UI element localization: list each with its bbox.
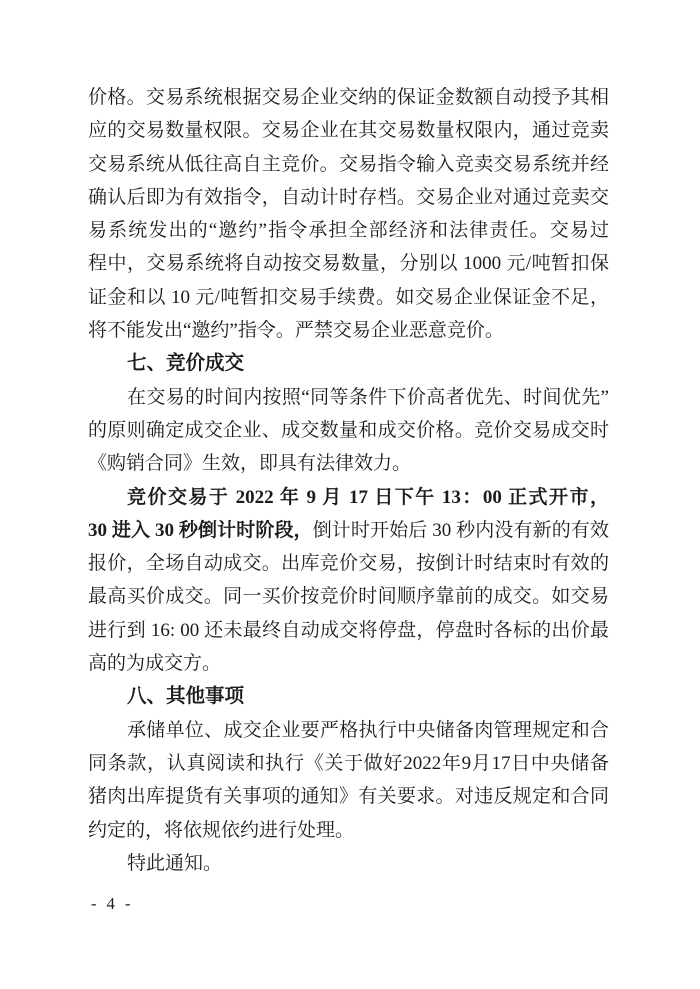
body-line: 交易系统从低往高自主竞价。交易指令输入竞卖交易系统并经	[88, 148, 609, 181]
body-line: 易系统发出的“邀约”指令承担全部经济和法律责任。交易过	[88, 214, 609, 247]
body-line: 的原则确定成交企业、成交数量和成交价格。竞价交易成交时	[88, 414, 609, 447]
body-line: 证金和以 10 元/吨暂扣交易手续费。如交易企业保证金不足，	[88, 281, 609, 314]
body-line-regular-segment: 倒计时开始后 30 秒内没有新的有效	[313, 520, 609, 541]
section-heading-7: 七、竞价成交	[88, 347, 609, 380]
body-line: 最高买价成交。同一买价按竞价时间顺序靠前的成交。如交易	[88, 580, 609, 613]
body-line-bold-segment: 30 进入 30 秒倒计时阶段，	[88, 520, 313, 541]
body-line: 应的交易数量权限。交易企业在其交易数量权限内，通过竞卖	[88, 114, 609, 147]
page-number: - 4 -	[91, 894, 134, 914]
document-body: 价格。交易系统根据交易企业交纳的保证金数额自动授予其相 应的交易数量权限。交易企…	[88, 81, 609, 880]
body-line: 《购销合同》生效，即具有法律效力。	[88, 447, 609, 480]
body-line: 高的为成交方。	[88, 647, 609, 680]
section-heading-8: 八、其他事项	[88, 680, 609, 713]
body-line: 同条款，认真阅读和执行《关于做好2022年9月17日中央储备冻	[88, 747, 609, 780]
body-line: 报价，全场自动成交。出库竞价交易，按倒计时结束时有效的	[88, 547, 609, 580]
body-line: 确认后即为有效指令，自动计时存档。交易企业对通过竞卖交	[88, 181, 609, 214]
body-line: 价格。交易系统根据交易企业交纳的保证金数额自动授予其相	[88, 81, 609, 114]
body-line: 猪肉出库提货有关事项的通知》有关要求。对违反规定和合同	[88, 780, 609, 813]
body-line: 承储单位、成交企业要严格执行中央储备肉管理规定和合	[88, 714, 609, 747]
body-line: 30 进入 30 秒倒计时阶段，倒计时开始后 30 秒内没有新的有效	[88, 514, 609, 547]
body-line: 将不能发出“邀约”指令。严禁交易企业恶意竞价。	[88, 314, 609, 347]
body-line: 程中，交易系统将自动按交易数量，分别以 1000 元/吨暂扣保	[88, 247, 609, 280]
body-line: 特此通知。	[88, 847, 609, 880]
body-line-bold: 竞价交易于 2022 年 9 月 17 日下午 13：00 正式开市，13：	[88, 481, 609, 514]
body-line: 约定的，将依规依约进行处理。	[88, 814, 609, 847]
body-line: 进行到 16: 00 还未最终自动成交将停盘，停盘时各标的出价最	[88, 614, 609, 647]
body-line: 在交易的时间内按照“同等条件下价高者优先、时间优先”	[88, 381, 609, 414]
